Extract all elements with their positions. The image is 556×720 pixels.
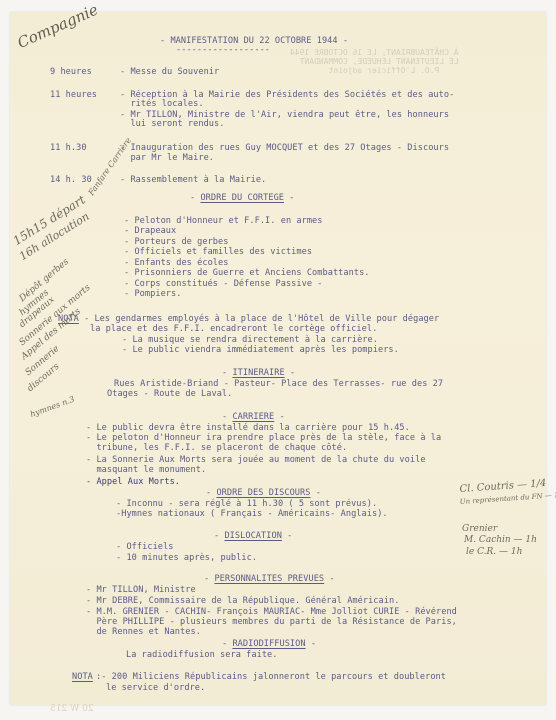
nota-line: :- 200 Miliciens Républicains jalonneron… (96, 672, 446, 682)
bleed-through-text: À CHÂTEAUBRIANT, LE 16 OCTOBRE 1944 LE L… (290, 48, 459, 75)
cortege-heading: ORDRE DU CORTEGE (200, 193, 284, 203)
carriere-line: - Le public devra être installé dans la … (86, 423, 410, 433)
handwritten-note: le C.R. — 1h (466, 547, 522, 557)
personnalite-line: - M.M. GRENIER - CACHIN- François MAURIA… (86, 607, 457, 617)
handwritten-note: M. Cachin — 1h (464, 535, 537, 545)
dislocation-line: - 10 minutes après, public. (116, 553, 257, 563)
handwritten-note: hymnes n.3 (29, 395, 76, 419)
carriere-line: - La Sonnerie Aux Morts sera jouée au mo… (86, 455, 426, 465)
carriere-heading-dash: - CARRIERE - (222, 412, 285, 422)
discours-heading-dash: - ORDRE DES DISCOURS - (206, 488, 321, 498)
personnalite-line: Père PHILLIPE - plusieurs membres du par… (86, 617, 457, 627)
schedule-line: lui seront rendus. (120, 119, 224, 129)
carriere-heading: CARRIERE (232, 412, 274, 422)
nota-line: - Le public viendra immédiatement après … (122, 345, 399, 355)
schedule-line: par Mr le Maire. (120, 153, 214, 163)
schedule-time: 11 heures (50, 90, 97, 100)
list-item: - Pompiers. (124, 289, 181, 299)
radiodiffusion-heading-dash: - RADIODIFFUSION - (222, 639, 316, 649)
schedule-time: 14 h. 30 (50, 175, 92, 185)
list-item: - Peloton d'Honneur et F.F.I. en armes (124, 216, 323, 226)
dislocation-heading: DISLOCATION (224, 531, 281, 541)
schedule-time: 11 h.30 (50, 143, 87, 153)
schedule-time: 9 heures (50, 67, 92, 77)
radiodiffusion-line: La radiodiffusion sera faite. (126, 650, 278, 660)
discours-line: - Inconnu - sera réglé à 11 h.30 ( 5 son… (116, 499, 377, 509)
cortege-heading-dash: - ORDRE DU CORTEGE - (190, 193, 295, 203)
schedule-line: - Inauguration des rues Guy MOCQUET et d… (120, 143, 449, 153)
itineraire-heading: ITINERAIRE (232, 368, 284, 378)
carriere-line: tribune, les F.F.I. se placeront de chaq… (86, 443, 347, 453)
handwritten-note: Grenier (462, 524, 497, 534)
document-page: À CHÂTEAUBRIANT, LE 16 OCTOBRE 1944 LE L… (10, 12, 546, 705)
nota-line: le service d'ordre. (106, 683, 205, 693)
list-item: - Prisonniers de Guerre et Anciens Comba… (124, 268, 370, 278)
carriere-line: - Le peloton d'Honneur ira prendre place… (86, 433, 441, 443)
title-rule: ------------------ (176, 45, 270, 55)
carriere-line: - Appel Aux Morts. (86, 477, 180, 487)
handwritten-fanfare: Fanfare Carrière (87, 136, 133, 197)
nota-label: NOTA (72, 672, 93, 682)
itineraire-line: Rues Aristide-Briand - Pasteur- Place de… (114, 379, 443, 389)
dislocation-heading-dash: - DISLOCATION - (214, 531, 292, 541)
discours-heading: ORDRE DES DISCOURS (216, 488, 310, 498)
schedule-line: - Rassemblement à la Mairie. (120, 175, 266, 185)
radiodiffusion-heading: RADIODIFFUSION (232, 639, 305, 649)
nota-line: - Les gendarmes employés à la place de l… (84, 314, 439, 324)
personnalite-line: - Mr TILLON, Ministre (86, 585, 196, 595)
itineraire-line: Otages - Route de Laval. (107, 389, 232, 399)
dislocation-line: - Officiels (116, 542, 173, 552)
personnalite-line: - Mr DEBRE, Commissaire de la République… (86, 596, 399, 606)
list-item: - Enfants des écoles (124, 258, 228, 268)
schedule-line: rités locales. (120, 99, 204, 109)
personnalite-line: de Rennes et Nantes. (86, 627, 201, 637)
discours-line: -Hymnes nationaux ( Français - Américain… (116, 509, 388, 519)
list-item: - Corps constitués - Défense Passive - (124, 279, 323, 289)
personnalites-heading: PERSONNALITES PREVUES (214, 574, 324, 584)
archive-stamp: 20 W 215 (50, 704, 94, 714)
carriere-line: masquant le monument. (86, 465, 206, 475)
handwritten-compagnie: Compagnie (15, 0, 101, 52)
personnalites-heading-dash: - PERSONNALITES PREVUES - (204, 574, 335, 584)
nota-line: - La musique se rendra directement à la … (122, 335, 378, 345)
list-item: - Officiels et familles des victimes (124, 247, 312, 257)
list-item: - Drapeaux (124, 226, 176, 236)
itineraire-heading-dash: - ITINERAIRE - (222, 368, 295, 378)
list-item: - Porteurs de gerbes (124, 237, 228, 247)
nota-line: la place et des F.F.I. encadreront le co… (90, 324, 377, 334)
schedule-line: - Messe du Souvenir (120, 67, 219, 77)
